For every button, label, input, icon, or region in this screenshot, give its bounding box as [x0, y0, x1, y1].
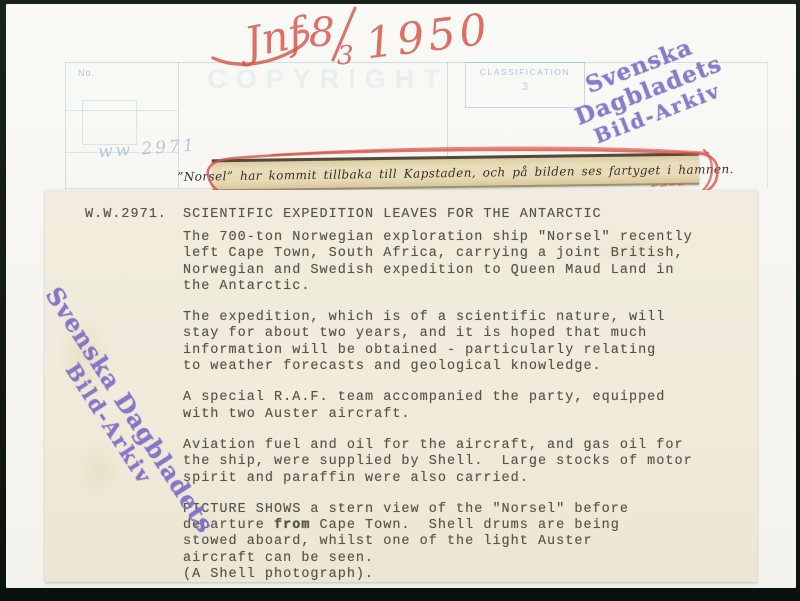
caption-body: The 700-ton Norwegian exploration ship "…: [183, 230, 728, 598]
red-date-year: 1950: [363, 4, 494, 69]
caption-title: SCIENTIFIC EXPEDITION LEAVES FOR THE ANT…: [183, 207, 602, 223]
form-grid-line: [65, 62, 66, 189]
red-date-denominator: 3: [337, 41, 354, 71]
form-no-label: No.: [78, 68, 95, 78]
red-dash-marks: [652, 184, 684, 186]
scanned-photo-back: No. COPYRIGHT CLASSIFICATION 3 ww 2971 J…: [0, 0, 800, 601]
caption-sheet: W.W.2971. SCIENTIFIC EXPEDITION LEAVES F…: [45, 190, 757, 582]
caption-paragraph-2: The expedition, which is of a scientific…: [183, 310, 728, 375]
picture-shows-bold-from: from: [274, 518, 310, 533]
caption-paragraph-1: The 700-ton Norwegian exploration ship "…: [183, 230, 728, 295]
picture-shows-paragraph: PICTURE SHOWS a stern view of the "Norse…: [183, 502, 728, 583]
caption-paragraph-4: Aviation fuel and oil for the aircraft, …: [183, 438, 728, 487]
caption-ref: W.W.2971.: [85, 207, 167, 223]
red-date-numerator: 8: [309, 10, 334, 56]
form-inner-cell: [82, 100, 137, 145]
red-date-word: Jnf: [233, 7, 315, 69]
red-date-handwriting: Jnf 8 3 1950: [205, 2, 535, 82]
caption-paragraph-3: A special R.A.F. team accompanied the pa…: [183, 390, 728, 423]
